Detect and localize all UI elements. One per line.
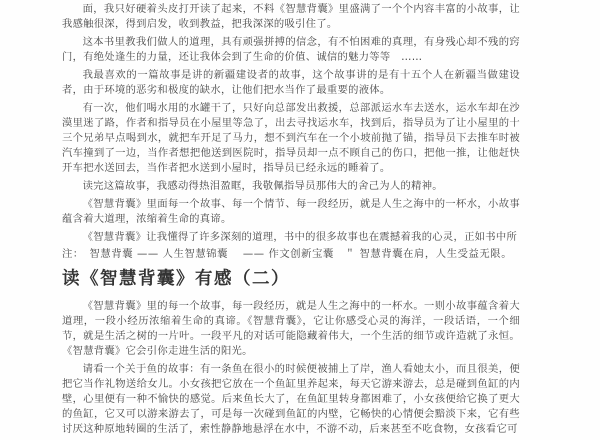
paragraph-moved-to-tears: 读完这篇故事，我感动得热泪盈眶，我敬佩指导员那伟大的舍己为人的精神。 — [62, 179, 520, 194]
paragraph-deep-truths: 《智慧背囊》让我懂得了许多深刻的道理，书中的很多故事也在震撼着我的心灵，正如书中… — [62, 230, 520, 245]
paragraph-life-lessons: 这本书里教我们做人的道理，具有顽强拼搏的信念，有不怕困难的真理，有身残心却不残的… — [62, 35, 520, 65]
paragraph-cup-of-water: 《智慧背囊》里面每一个故事、每一个情节、每一段经历，就是人生之海中的一杯水，小故… — [62, 197, 520, 227]
document-page: 面，我只好硬着头皮打开读了起来，不料《智慧背囊》里盛满了一个个内容丰富的小故事，… — [62, 0, 520, 400]
paragraph-fish-story: 请看一个关于鱼的故事：有一条鱼在很小的时候便被捕上了岸，渔人看她太小，而且很美，… — [62, 362, 520, 400]
essay-heading: 读《智慧背囊》有感（二） — [62, 268, 520, 290]
note-line: 注： 智慧背囊 —— 人生智慧锦囊 —— 作文创新宝囊 ＂ 智慧背囊在肩，人生受… — [62, 247, 520, 262]
paragraph-water-truck-story: 有一次，他们喝水用的水罐干了，只好向总部发出救援，总部派运水车去送水，运水车却在… — [62, 101, 520, 176]
paragraph-section2-intro: 《智慧背囊》里的每一个故事，每一段经历，就是人生之海中的一杯水。一则小故事蕴含着… — [62, 299, 520, 359]
paragraph-xinjiang-intro: 我最喜欢的一篇故事是讲的新疆建设者的故事，这个故事讲的是有十五个人在新疆当做建设… — [62, 68, 520, 98]
paragraph-continuation-opening: 面，我只好硬着头皮打开读了起来，不料《智慧背囊》里盛满了一个个内容丰富的小故事，… — [62, 2, 520, 32]
